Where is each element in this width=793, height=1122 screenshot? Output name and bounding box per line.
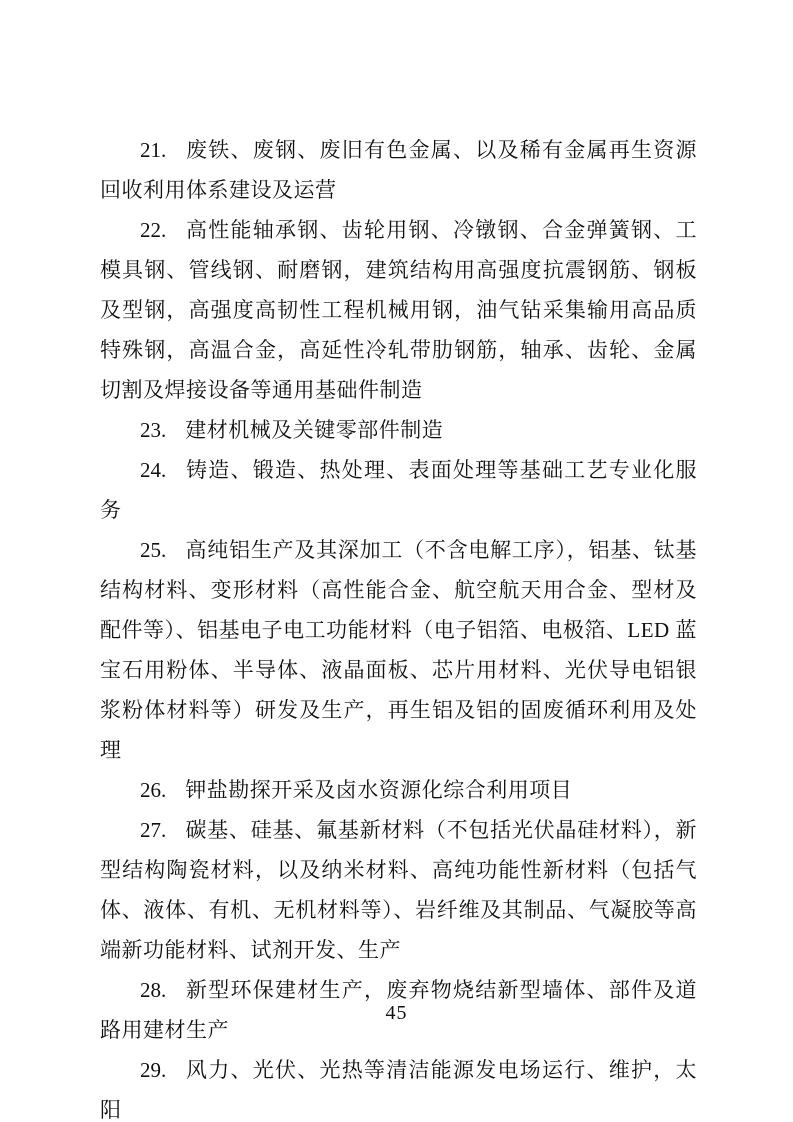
item-number: 23. [140, 418, 166, 442]
item-text: 铸造、锻造、热处理、表面处理等基础工艺专业化服务 [100, 458, 697, 522]
item-number: 25. [140, 538, 166, 562]
item-text: 高性能轴承钢、齿轮用钢、冷镦钢、合金弹簧钢、工模具钢、管线钢、耐磨钢，建筑结构用… [100, 218, 697, 402]
item-text: 碳基、硅基、氟基新材料（不包括光伏晶硅材料），新型结构陶瓷材料，以及纳米材料、高… [100, 818, 697, 962]
document-body: 21.废铁、废钢、废旧有色金属、以及稀有金属再生资源回收利用体系建设及运营 22… [100, 130, 697, 1122]
item-number: 22. [140, 218, 166, 242]
item-number: 21. [140, 138, 166, 162]
list-item-29: 29.风力、光伏、光热等清洁能源发电场运行、维护，太阳 [100, 1050, 697, 1122]
item-text: 废铁、废钢、废旧有色金属、以及稀有金属再生资源回收利用体系建设及运营 [100, 138, 697, 202]
item-number: 24. [140, 458, 166, 482]
item-number: 26. [140, 778, 166, 802]
list-item-24: 24.铸造、锻造、热处理、表面处理等基础工艺专业化服务 [100, 450, 697, 530]
item-text: 钾盐勘探开采及卤水资源化综合利用项目 [185, 778, 572, 802]
list-item-27: 27.碳基、硅基、氟基新材料（不包括光伏晶硅材料），新型结构陶瓷材料，以及纳米材… [100, 810, 697, 970]
list-item-23: 23.建材机械及关键零部件制造 [100, 410, 697, 450]
item-number: 27. [140, 818, 166, 842]
list-item-26: 26.钾盐勘探开采及卤水资源化综合利用项目 [100, 770, 697, 810]
item-text: 高纯铝生产及其深加工（不含电解工序），铝基、钛基结构材料、变形材料（高性能合金、… [100, 538, 697, 762]
item-text: 建材机械及关键零部件制造 [185, 418, 443, 442]
list-item-21: 21.废铁、废钢、废旧有色金属、以及稀有金属再生资源回收利用体系建设及运营 [100, 130, 697, 210]
document-page: 21.废铁、废钢、废旧有色金属、以及稀有金属再生资源回收利用体系建设及运营 22… [0, 0, 793, 1122]
page-number: 45 [0, 995, 793, 1031]
item-number: 29. [140, 1058, 166, 1082]
list-item-25: 25.高纯铝生产及其深加工（不含电解工序），铝基、钛基结构材料、变形材料（高性能… [100, 530, 697, 770]
list-item-22: 22.高性能轴承钢、齿轮用钢、冷镦钢、合金弹簧钢、工模具钢、管线钢、耐磨钢，建筑… [100, 210, 697, 410]
item-text: 风力、光伏、光热等清洁能源发电场运行、维护，太阳 [100, 1058, 697, 1122]
